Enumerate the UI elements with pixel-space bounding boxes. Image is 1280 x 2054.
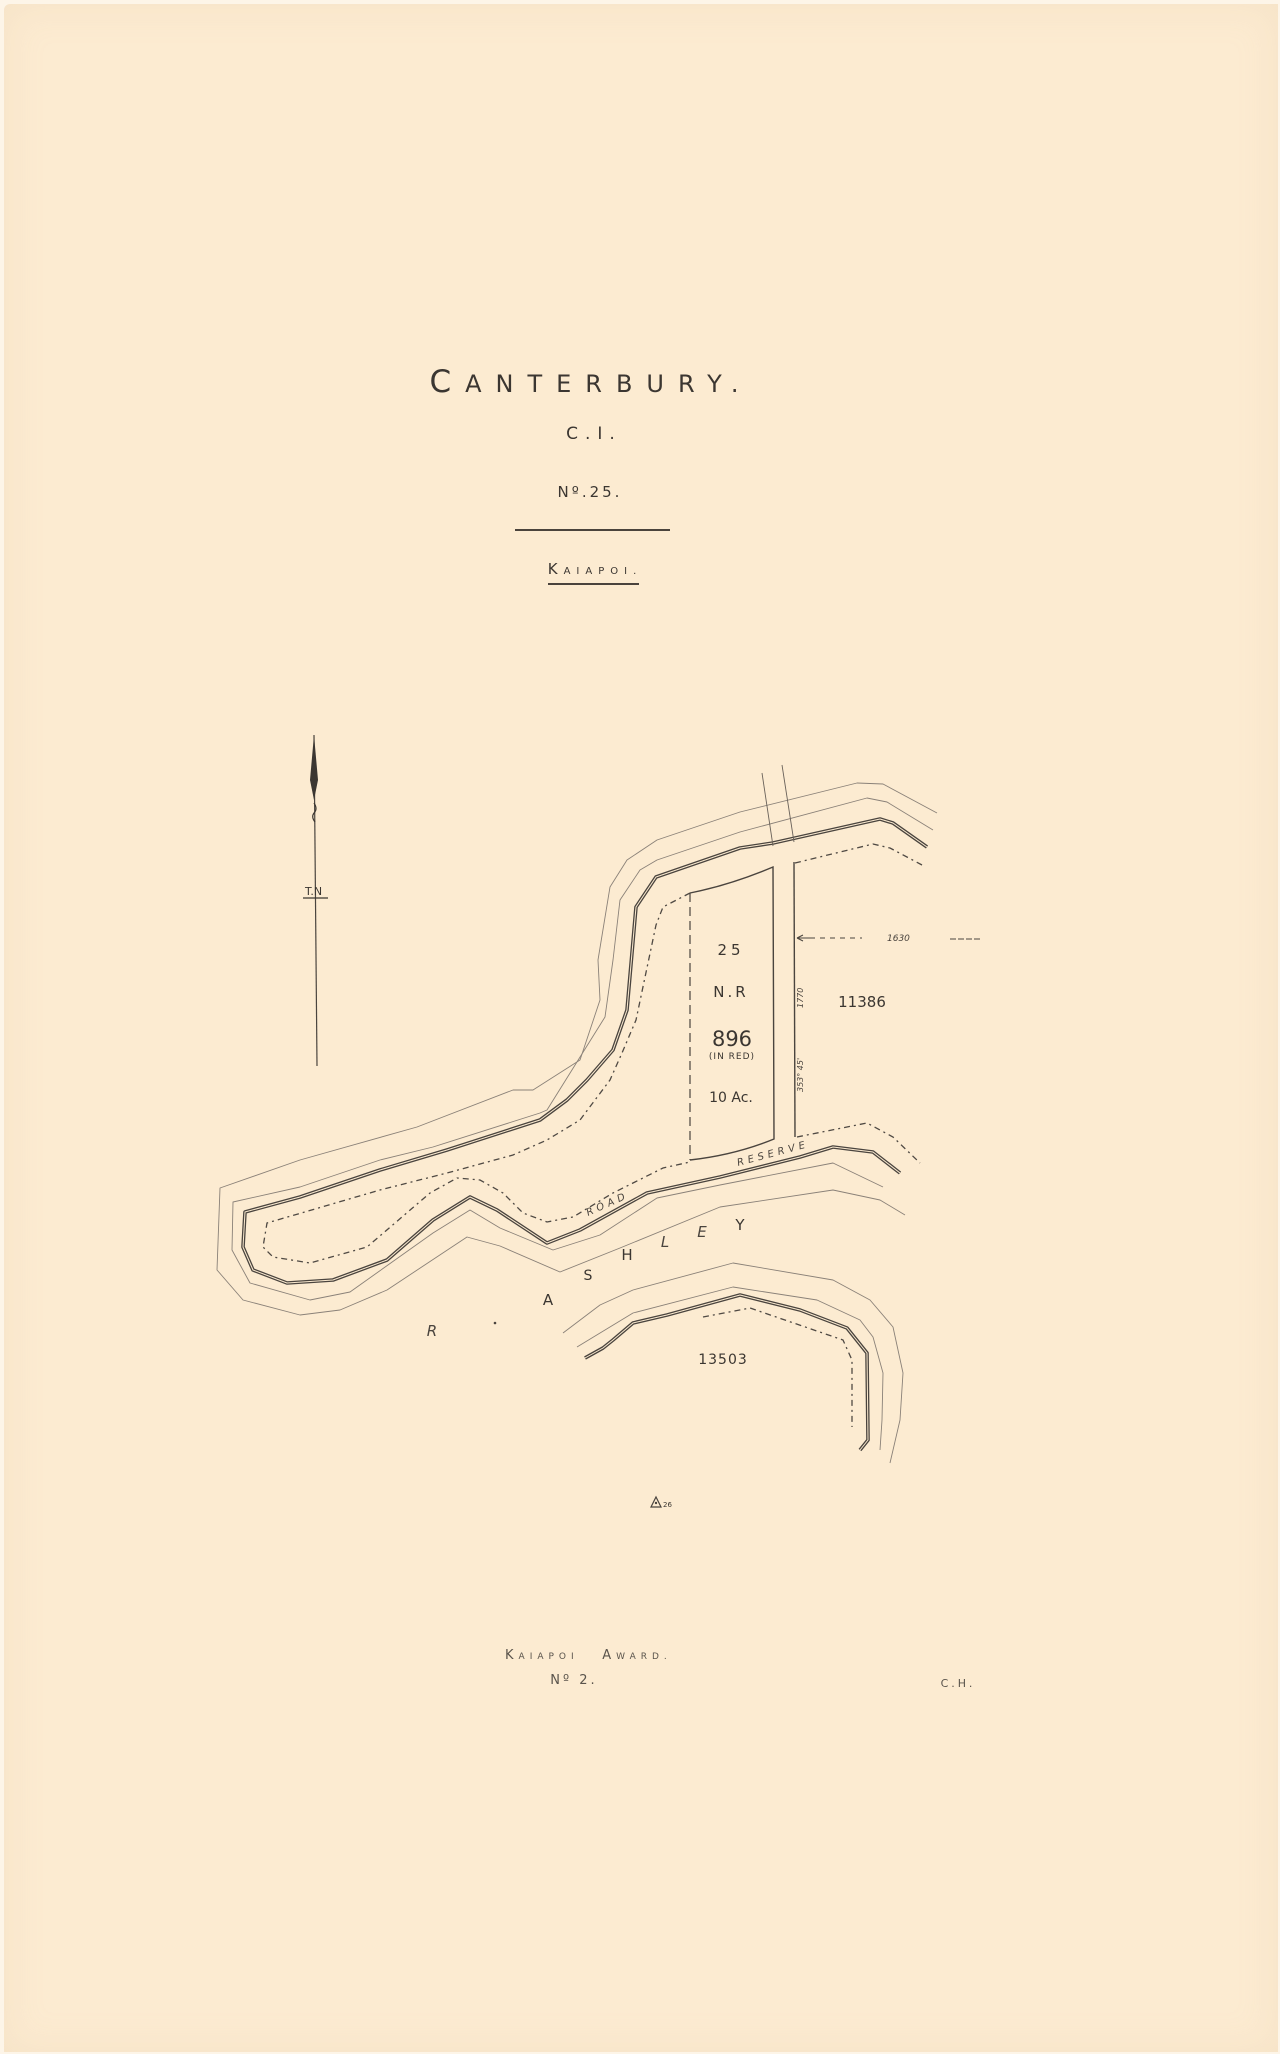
south-river-bank — [585, 1295, 868, 1450]
award-rest-1: AIAPOI — [519, 1652, 579, 1662]
neighbor-parcel-south: 13503 — [698, 1352, 748, 1368]
river-letter: A — [543, 1291, 554, 1309]
parcel-11386-boundary — [794, 862, 795, 1137]
north-arrow-icon: T.N — [303, 735, 328, 1066]
road-reserve-boundary-east — [795, 844, 922, 865]
frontage-length: 1630 — [887, 934, 910, 944]
parcel-number: 25 — [717, 941, 744, 959]
survey-line-2 — [782, 765, 794, 842]
trig-station-number: 26 — [663, 1501, 672, 1509]
draftsman-initials: C.H. — [941, 1677, 976, 1690]
river-letter: R — [427, 1322, 437, 1340]
road-reserve-boundary-south — [797, 1123, 920, 1163]
river-letter: H — [621, 1246, 632, 1264]
river-letter: S — [584, 1268, 593, 1284]
award-initial-2: A — [602, 1648, 616, 1663]
parcel-type: N.R — [713, 983, 748, 1001]
side-bearing: 353° 45' — [796, 1058, 805, 1092]
road-reserve-boundary-west — [263, 893, 690, 1263]
parcel-reference-note: (IN RED) — [709, 1052, 755, 1062]
frontage-dimension: 1630 — [797, 934, 980, 944]
award-number: Nº 2. — [550, 1673, 597, 1688]
north-arrow-label: T.N — [304, 885, 322, 898]
parcel-25-boundary — [690, 867, 774, 1160]
parcel-reference: 896 — [712, 1027, 752, 1051]
river-letter: E — [697, 1223, 707, 1241]
award-initial-1: K — [505, 1648, 519, 1663]
side-length: 1770 — [796, 988, 805, 1008]
river-letter: L — [661, 1233, 669, 1251]
survey-line-1 — [762, 773, 773, 846]
river-bank-mid-line — [232, 798, 933, 1300]
river-bank-outer-line — [217, 783, 937, 1315]
river-letter: Y — [734, 1216, 745, 1234]
award-rest-2: WARD. — [616, 1652, 672, 1662]
award-title: KAIAPOI AWARD. — [505, 1648, 672, 1663]
survey-map: T.N 25 N.R 896 (IN RED) 10 Ac. 1630 1770… — [0, 0, 1280, 2054]
parcel-area: 10 Ac. — [709, 1090, 753, 1106]
river-ashley-bank — [243, 819, 927, 1283]
neighbor-parcel-east: 11386 — [838, 993, 886, 1011]
trig-station-icon: 26 — [651, 1497, 672, 1509]
